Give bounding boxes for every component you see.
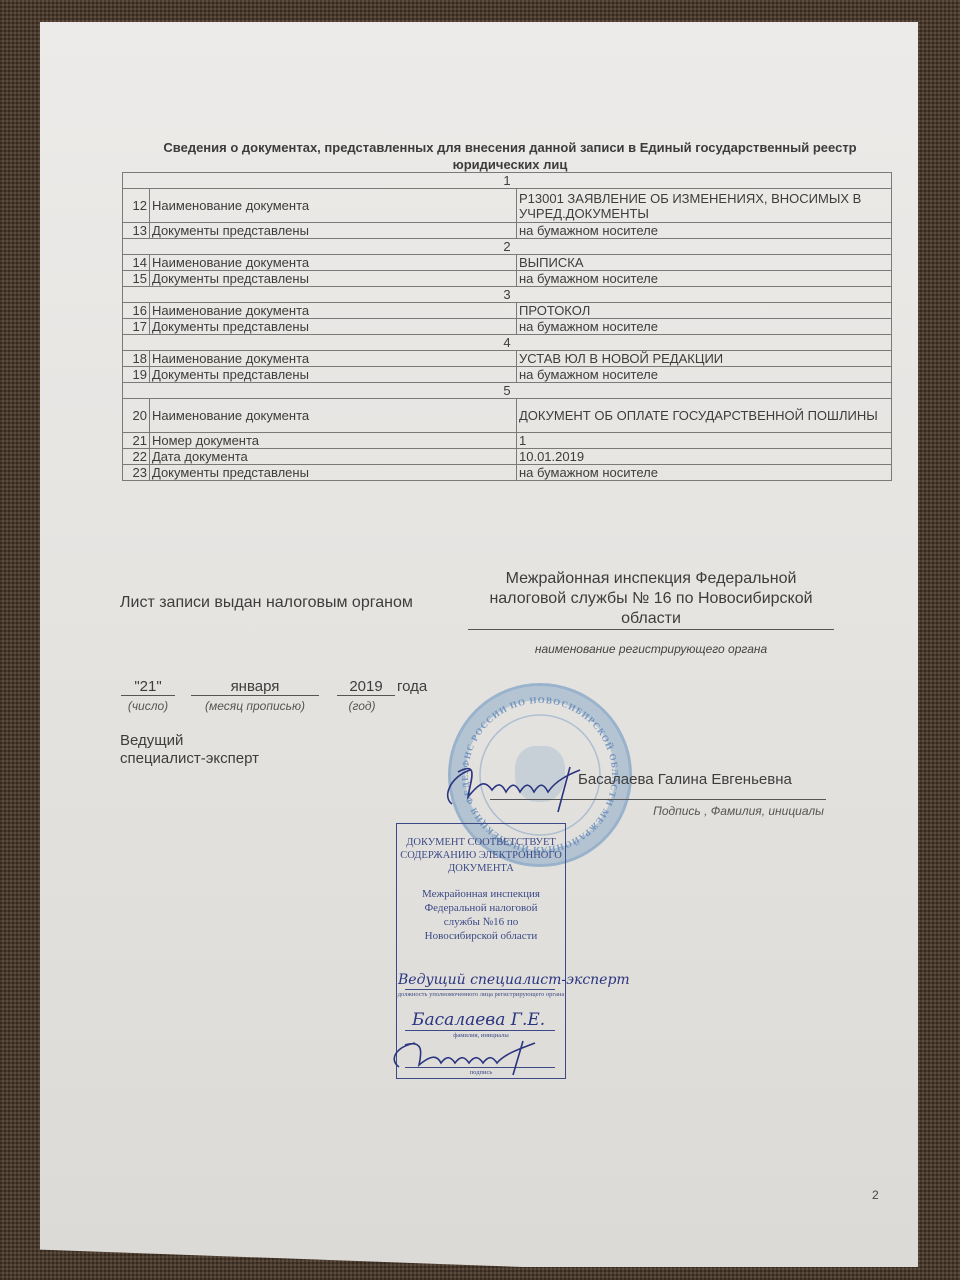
table-row: 23Документы представленына бумажном носи…	[123, 465, 892, 481]
row-label: Документы представлены	[150, 367, 517, 383]
row-value: Р13001 ЗАЯВЛЕНИЕ ОБ ИЗМЕНЕНИЯХ, ВНОСИМЫХ…	[517, 189, 892, 223]
section-number: 4	[123, 335, 892, 351]
section-number: 1	[123, 173, 892, 189]
table-row: 16Наименование документаПРОТОКОЛ	[123, 303, 892, 319]
issued-by-label: Лист записи выдан налоговым органом	[120, 594, 413, 612]
row-number: 12	[123, 189, 150, 223]
signer-name: Басалаева Галина Евгеньевна	[578, 771, 792, 788]
row-number: 20	[123, 399, 150, 433]
date-month: января	[191, 678, 319, 696]
date-year: 2019	[337, 678, 395, 696]
table-row: 15Документы представленына бумажном носи…	[123, 271, 892, 287]
date-month-caption: (месяц прописью)	[191, 699, 319, 713]
stamp-signature-scribble	[385, 1035, 555, 1080]
certification-stamp-header: ДОКУМЕНТ СООТВЕТСТВУЕТ СОДЕРЖАНИЮ ЭЛЕКТР…	[397, 836, 565, 875]
row-value: на бумажном носителе	[517, 271, 892, 287]
documents-table: 112Наименование документаР13001 ЗАЯВЛЕНИ…	[122, 172, 892, 481]
row-label: Номер документа	[150, 433, 517, 449]
official-position-line2: специалист-эксперт	[120, 750, 259, 768]
stamp-org-line: Федеральной налоговой	[397, 901, 565, 915]
section-header-row: 1	[123, 173, 892, 189]
row-number: 13	[123, 223, 150, 239]
table-row: 14Наименование документаВЫПИСКА	[123, 255, 892, 271]
row-label: Наименование документа	[150, 189, 517, 223]
section-number: 2	[123, 239, 892, 255]
row-value: на бумажном носителе	[517, 223, 892, 239]
row-label: Документы представлены	[150, 271, 517, 287]
section-header-row: 5	[123, 383, 892, 399]
stamp-handwritten-name: Басалаева Г.Е.	[412, 1010, 545, 1030]
row-number: 15	[123, 271, 150, 287]
date-year-caption: (год)	[337, 699, 387, 713]
document-title: Сведения о документах, представленных дл…	[120, 139, 900, 173]
row-value: 10.01.2019	[517, 449, 892, 465]
row-value: на бумажном носителе	[517, 465, 892, 481]
signature-scribble	[440, 752, 590, 822]
row-label: Дата документа	[150, 449, 517, 465]
table-row: 13Документы представленына бумажном носи…	[123, 223, 892, 239]
stamp-org-line: службы №16 по	[397, 915, 565, 929]
row-number: 22	[123, 449, 150, 465]
table-row: 19Документы представленына бумажном носи…	[123, 367, 892, 383]
row-number: 21	[123, 433, 150, 449]
date-day-caption: (число)	[118, 699, 178, 713]
registering-authority: Межрайонная инспекция Федеральной налого…	[468, 569, 834, 630]
section-number: 5	[123, 383, 892, 399]
row-label: Документы представлены	[150, 465, 517, 481]
table-row: 18Наименование документаУСТАВ ЮЛ В НОВОЙ…	[123, 351, 892, 367]
date-day: "21"	[121, 678, 175, 696]
table-row: 12Наименование документаР13001 ЗАЯВЛЕНИЕ…	[123, 189, 892, 223]
row-value: УСТАВ ЮЛ В НОВОЙ РЕДАКЦИИ	[517, 351, 892, 367]
row-value: 1	[517, 433, 892, 449]
table-row: 22Дата документа10.01.2019	[123, 449, 892, 465]
row-number: 16	[123, 303, 150, 319]
stamp-org-line: Новосибирской области	[397, 929, 565, 943]
table-row: 17Документы представленына бумажном носи…	[123, 319, 892, 335]
table-row: 20Наименование документаДОКУМЕНТ ОБ ОПЛА…	[123, 399, 892, 433]
registering-authority-caption: наименование регистрирующего органа	[468, 642, 834, 656]
stamp-position-caption: должность уполномоченного лица регистрир…	[397, 990, 565, 999]
stamp-handwritten-position: Ведущий специалист-эксперт	[398, 972, 630, 988]
date-year-word: года	[397, 678, 427, 695]
section-header-row: 2	[123, 239, 892, 255]
row-number: 14	[123, 255, 150, 271]
row-label: Наименование документа	[150, 351, 517, 367]
section-number: 3	[123, 287, 892, 303]
row-number: 17	[123, 319, 150, 335]
row-value: ВЫПИСКА	[517, 255, 892, 271]
page-number: 2	[872, 1188, 879, 1202]
certification-stamp-org: Межрайонная инспекция Федеральной налого…	[397, 887, 565, 943]
row-value: на бумажном носителе	[517, 367, 892, 383]
row-number: 18	[123, 351, 150, 367]
row-number: 19	[123, 367, 150, 383]
row-label: Наименование документа	[150, 255, 517, 271]
row-value: на бумажном носителе	[517, 319, 892, 335]
stamp-org-line: Межрайонная инспекция	[397, 887, 565, 901]
table-row: 21Номер документа1	[123, 433, 892, 449]
section-header-row: 3	[123, 287, 892, 303]
official-position-line1: Ведущий	[120, 732, 259, 750]
row-label: Наименование документа	[150, 303, 517, 319]
section-header-row: 4	[123, 335, 892, 351]
row-label: Документы представлены	[150, 223, 517, 239]
row-label: Документы представлены	[150, 319, 517, 335]
row-value: ДОКУМЕНТ ОБ ОПЛАТЕ ГОСУДАРСТВЕННОЙ ПОШЛИ…	[517, 399, 892, 433]
row-value: ПРОТОКОЛ	[517, 303, 892, 319]
row-number: 23	[123, 465, 150, 481]
row-label: Наименование документа	[150, 399, 517, 433]
official-position: Ведущий специалист-эксперт	[120, 732, 259, 768]
